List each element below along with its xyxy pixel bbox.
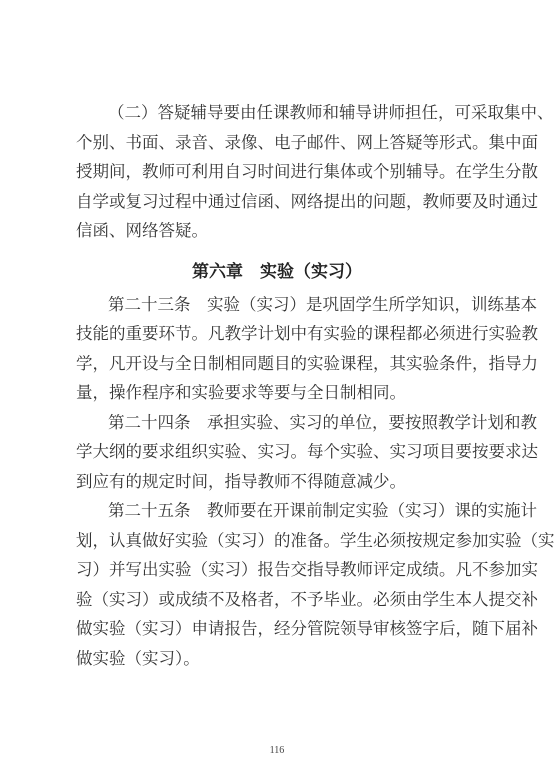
chapter-heading: 第六章 实验（实习） [0,260,554,284]
article-23-line: 量，操作程序和实验要求等要与全日制相同。 [76,382,486,404]
page-number: 116 [0,745,554,756]
article-25-line: 划，认真做好实验（实习）的准备。学生必须按规定参加实验（实 [76,530,486,552]
paragraph-line: 个别、书面、录音、录像、电子邮件、网上答疑等形式。集中面 [76,132,486,154]
paragraph-line: 自学或复习过程中通过信函、网络提出的问题，教师要及时通过 [76,191,486,213]
article-25-line: 验（实习）或成绩不及格者，不予毕业。必须由学生本人提交补 [76,589,486,611]
paragraph-line: 授期间，教师可利用自习时间进行集体或个别辅导。在学生分散 [76,161,486,183]
article-23-line: 技能的重要环节。凡教学计划中有实验的课程都必须进行实验教 [76,323,486,345]
article-23-line: 第二十三条 实验（实习）是巩固学生所学知识，训练基本 [108,294,486,316]
paragraph-line: 信函、网络答疑。 [76,220,486,242]
article-23-line: 学，凡开设与全日制相同题目的实验课程，其实验条件，指导力 [76,353,486,375]
article-25-line: 第二十五条 教师要在开课前制定实验（实习）课的实施计 [108,500,486,522]
article-24-line: 第二十四条 承担实验、实习的单位，要按照教学计划和教 [108,412,486,434]
paragraph-line: （二）答疑辅导要由任课教师和辅导讲师担任，可采取集中、 [108,102,486,124]
article-25-line: 做实验（实习）申请报告，经分管院领导审核签字后，随下届补 [76,618,486,640]
article-25-line: 做实验（实习）。 [76,648,486,670]
article-24-line: 学大纲的要求组织实验、实习。每个实验、实习项目要按要求达 [76,441,486,463]
document-page: （二）答疑辅导要由任课教师和辅导讲师担任，可采取集中、 个别、书面、录音、录像、… [0,0,554,783]
article-25-line: 习）并写出实验（实习）报告交指导教师评定成绩。凡不参加实 [76,559,486,581]
article-24-line: 到应有的规定时间，指导教师不得随意减少。 [76,471,486,493]
